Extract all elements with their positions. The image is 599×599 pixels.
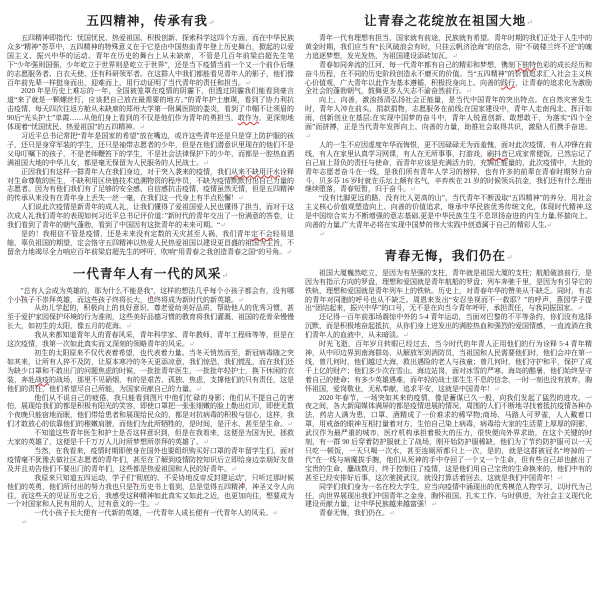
section-wusi-spirit: 五四精神，传承有我 五四精神即指代：忧国忧民、热爱祖国、积极创新、探索科学这四个… — [7, 11, 294, 257]
section-generation-style: 一代青年人有一代的风采 ''总有人会成为英雄的，那为什么不能是我''，这样的想法… — [7, 264, 294, 527]
paragraph: 青年一代有理想有担当，国家就有前途，民族就有希望。青年时期的我们正处于人生中的黄… — [305, 34, 592, 61]
paragraph: 不知道这些青年医生和护士是否这样意识到，但是在我看来，这便是为国为民，拯救大家的… — [7, 429, 294, 447]
paragraph: 我从来都知道青年人的青春风采，青年科学家、青年教师、青年工程师等等，但是在这次疫… — [7, 331, 294, 349]
paragraph: 同学们我们身为一名在校大学生，应当向疫情中涌现出的优秀模范人物学习，以时代为己任… — [305, 483, 592, 510]
paragraph: 我原来只知道五四运动，学子们''彻底的、不妥协地反帝反封建运动''，只听过那时候… — [7, 474, 294, 510]
paragraph: 初生的太阳原来不仅代表着希望，也代表着力量。当冬天悄然而至，新冠病毒随之突如其来… — [7, 349, 294, 394]
spellcheck-underline: 刷抖音 — [487, 150, 508, 158]
two-column-layout: 五四精神，传承有我 五四精神即指代：忧国忧民、热爱祖国、积极创新、探索科学这四个… — [7, 4, 592, 527]
empty-paragraph — [7, 518, 294, 527]
paragraph: 青春如同奔流的江河，每一代青年都有自己的精彩和梦想，镌刻下独特色彩的成长经历和奋… — [305, 61, 592, 97]
paragraph: 2020 年是历史上难忘的一年，全国被笼罩在疫情的阴霾下，但透过阴霾我们能看到豪… — [7, 87, 294, 132]
spellcheck-underline: 战疫 — [35, 376, 49, 384]
paragraph: ''总有人会成为英雄的，那为什么不能是我''，这样的想法几乎每个小孩子都会有，没… — [7, 287, 294, 305]
spellcheck-underline: '' — [21, 287, 24, 295]
spellcheck-underline: 定不会 — [251, 230, 273, 238]
paragraph: 祖国大厦巍然屹立，是因为有坚强的支柱，青年就是祖国大厦的支柱；航船破浪前行，是因… — [305, 269, 592, 314]
spellcheck-underline: 敢作为 — [238, 114, 259, 122]
section-youth-no-regret: 青春无悔，我们仍在 祖国大厦巍然屹立，是因为有坚强的支柱，青年就是祖国大厦的支柱… — [305, 246, 592, 518]
section-title: 五四精神，传承有我 — [7, 11, 294, 29]
spellcheck-underline: '' — [242, 474, 245, 482]
section-title: 一代青年人有一代的风采 — [7, 264, 294, 282]
spellcheck-underline: 从来不缺用汗水 — [231, 168, 280, 176]
paragraph: 他们从不说自己的疲倦，我只能看到图片中他们忙碌的身影；他们从不提自己的害怕，展现… — [7, 394, 294, 430]
paragraph: 习近平总书记常把“青年是国家的希望”放在嘴边，或许这些青年还是只是穿上防护服的孩… — [7, 132, 294, 168]
paragraph: 从幼儿学起的，积极向上的良好意识、尊老爱幼美好品质、帮助他人的优秀习惯，甚至于爱… — [7, 304, 294, 331]
left-column: 五四精神，传承有我 五四精神即指代：忧国忧民、热爱祖国、积极创新、探索科学这四个… — [7, 4, 294, 527]
paragraph: 2020 年春节，一场突如其来的疫情，像是蓄谋已久一般，向我们发起了猛烈的进攻。… — [305, 394, 592, 483]
section-title: 青春无悔，我们仍在 — [305, 246, 592, 264]
paragraph: 当然，在我看来，疫情时期即使身在国外也要组织购买好口罩的青年留学生们，面对疫情毫… — [7, 447, 294, 474]
paragraph: 人的一生不应因虚度年华而悔恨，更不因碌碌无为而羞愧，面对此次疫情，有人冲锋在前线… — [305, 141, 592, 194]
section-youth-blossom: 让青春之花绽放在祖国大地 青年一代有理想有担当，国家就有前途，民族就有希望。青年… — [305, 11, 592, 239]
spellcheck-underline: '' — [150, 287, 153, 295]
paragraph: 青春无悔，我们仍在。 — [305, 509, 592, 518]
empty-paragraph — [305, 230, 592, 239]
spellcheck-underline: 践行 — [501, 79, 515, 87]
document-page: 五四精神，传承有我 五四精神即指代：忧国忧民、热爱祖国、积极创新、探索科学这四个… — [0, 0, 599, 599]
paragraph: 正因我们有这样一群青年人在我们身边，对于突入袭来的疫情，我们从来不缺用汗水诠释对… — [7, 168, 294, 204]
paragraph: “没有比脚更远的路，没有比人更高的山”，当代青年不断汲取“五四精神”的养分，用社… — [305, 194, 592, 230]
section-title: 让青春之花绽放在祖国大地 — [305, 11, 592, 29]
paragraph: 人们说此次疫情是新青年的成人礼，让我们懂得了爱祖国爱人民也懂得了担当，而对于这次… — [7, 203, 294, 230]
paragraph: 一代小孩子长大便有一代新的英雄，一代青年人成长便有一代青年人的风采。 — [7, 509, 294, 518]
spellcheck-underline: '' — [133, 474, 136, 482]
paragraph: 还记得一百年前那场震惊中外的 5·4 青年运动，当面对巴黎的不平等条约，你们没有… — [305, 313, 592, 340]
paragraph: 向上、向善，激浊扬清弘扬社会正能量，是当代中国青年的突出特点。在自然灾害发生时，… — [305, 96, 592, 141]
spellcheck-underline: 下独特 — [515, 61, 536, 69]
right-column: 让青春之花绽放在祖国大地 青年一代有理想有担当，国家就有前途，民族就有希望。青年… — [305, 4, 592, 527]
paragraph: 五四精神即指代：忧国忧民、热爱祖国、积极创新、探索科学这四个方面，而在中华民族众… — [7, 34, 294, 87]
paragraph: 时光飞逝，百年岁月转眼已经过去，当今时代的年青人正用他们的行为诠释 5·4 青年… — [305, 340, 592, 393]
paragraph: 是的！我相信不管是疫情，还是未来没有定数的天灾甚至人祸，我们青年定不会轻易退缩，… — [7, 230, 294, 257]
